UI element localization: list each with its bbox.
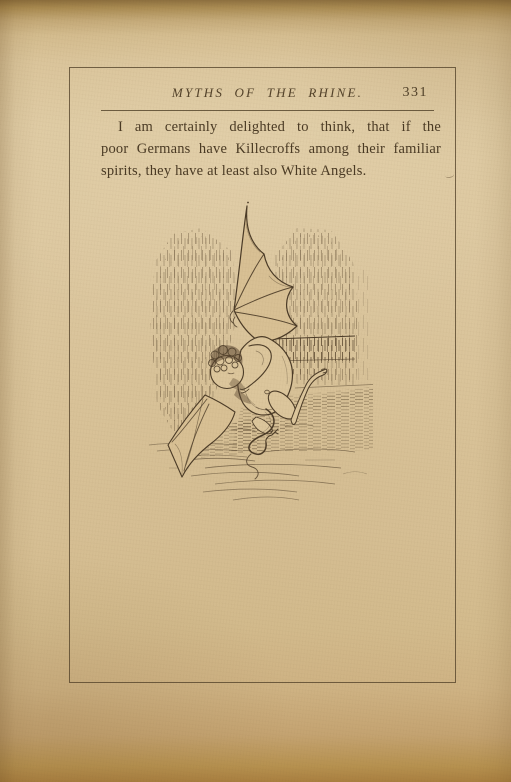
running-title: MYTHS OF THE RHINE.: [101, 85, 434, 101]
killecroff-illustration: Bat-winged cherub (Killecroff / White An…: [145, 198, 375, 508]
paragraph-line: I am certainly delighted to think, that …: [101, 116, 441, 138]
paragraph-line: spirits, they have at least also White A…: [101, 160, 441, 182]
ink-smudge: [445, 171, 455, 178]
header-rule: [101, 110, 434, 111]
paragraph: I am certainly delighted to think, that …: [101, 116, 441, 182]
book-page-scan: MYTHS OF THE RHINE. 331 I am certainly d…: [0, 0, 511, 782]
page-number: 331: [403, 85, 429, 101]
page-border-frame: MYTHS OF THE RHINE. 331 I am certainly d…: [69, 67, 456, 683]
paragraph-line: poor Germans have Killecroffs among thei…: [101, 138, 441, 160]
